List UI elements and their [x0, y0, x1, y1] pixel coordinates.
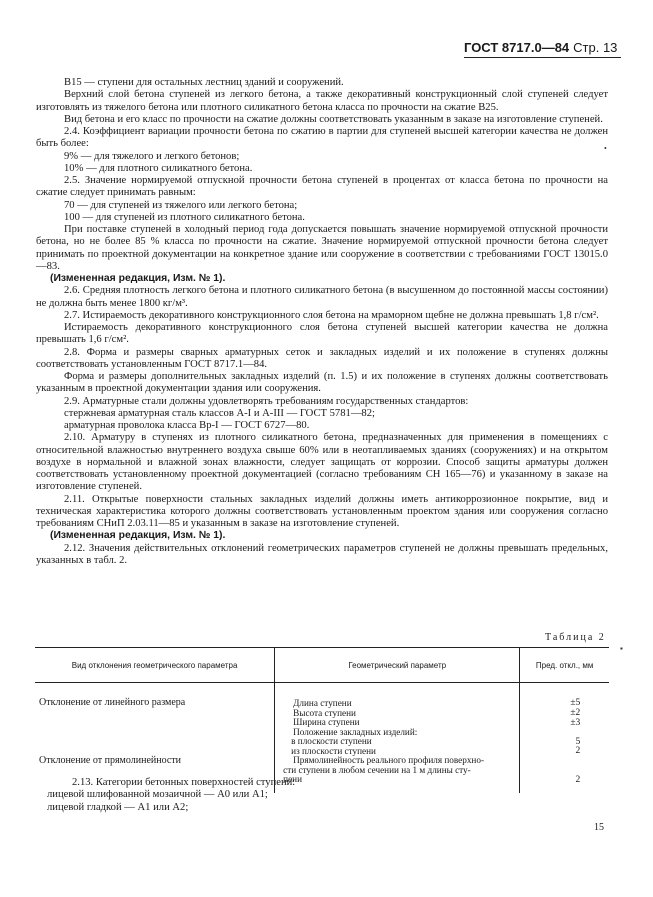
header-deviation-kind: Вид отклонения геометрического параметра: [35, 661, 274, 670]
paragraph: Форма и размеры дополнительных закладных…: [36, 371, 608, 396]
paragraph: 2.12. Значения действительных отклонений…: [36, 543, 608, 568]
paragraph: 2.4. Коэффициент вариации прочности бето…: [36, 126, 608, 151]
header-geometric-parameter-text: Геометрический параметр: [348, 661, 446, 670]
deviation-kind-linear: Отклонение от линейного размера: [39, 697, 185, 708]
document-code: ГОСТ 8717.0—84: [464, 40, 569, 55]
paragraph: (Измененная редакция, Изм. № 1).: [36, 273, 608, 285]
paragraph: 2.11. Открытые поверхности стальных закл…: [36, 494, 608, 531]
tol-out-of-plane: 2: [520, 746, 580, 756]
footer-page-number: 15: [594, 822, 604, 833]
section-2-13-title: 2.13. Категории бетонных поверхностей ст…: [47, 777, 295, 789]
paragraph: 2.6. Средняя плотность легкого бетона и …: [36, 285, 608, 310]
paragraph: В15 — ступени для остальных лестниц здан…: [36, 77, 608, 89]
section-2-13-item-2: лицевой гладкой — А1 или А2;: [47, 802, 295, 814]
paragraph: стержневая арматурная сталь классов А-I …: [36, 408, 608, 420]
page-number: Стр. 13: [573, 40, 617, 55]
header-geometric-parameter: Геометрический параметр: [274, 648, 519, 682]
paragraph: 2.7. Истираемость декоративного конструк…: [36, 310, 608, 322]
param-straightness-3: пени: [279, 775, 508, 785]
paragraph: При поставке ступеней в холодный период …: [36, 224, 608, 273]
paragraph: Вид бетона и его класс по прочности на с…: [36, 114, 608, 126]
tolerance-table: Вид отклонения геометрического параметра…: [35, 647, 609, 793]
header-tolerance: Пред. откл., мм: [519, 648, 609, 682]
tol-length: ±5: [520, 698, 580, 708]
paragraph: 9% — для тяжелого и легкого бетонов;: [36, 151, 608, 163]
table-header-row: Вид отклонения геометрического параметра…: [35, 647, 609, 683]
paragraph: (Измененная редакция, Изм. № 1).: [36, 530, 608, 542]
paragraph: Верхний слой бетона ступеней из легкого …: [36, 89, 608, 114]
paragraph: 2.8. Форма и размеры сварных арматурных …: [36, 347, 608, 372]
paragraph: 10% — для плотного силикатного бетона.: [36, 163, 608, 175]
paragraph: 70 — для ступеней из тяжелого или легког…: [36, 200, 608, 212]
param-straightness-2: сти ступени в любом сечении на 1 м длины…: [279, 766, 508, 776]
page-header: ГОСТ 8717.0—84Стр. 13: [464, 40, 621, 58]
parameter-column: Длина ступени Высота ступени Ширина ступ…: [274, 683, 519, 793]
scan-speck: ▪: [620, 644, 623, 653]
paragraph: 100 — для ступеней из плотного силикатно…: [36, 212, 608, 224]
tol-straightness: 2: [520, 775, 580, 785]
paragraph: 2.10. Арматуру в ступенях из плотного си…: [36, 432, 608, 493]
tolerance-column: ±5 ±2 ±3 5 2 2: [519, 683, 609, 793]
table-title: Таблица 2: [545, 632, 606, 643]
section-2-13-item-1: лицевой шлифованной мозаичной — А0 или А…: [47, 789, 295, 801]
section-2-13: 2.13. Категории бетонных поверхностей ст…: [47, 777, 295, 814]
paragraph: 2.9. Арматурные стали должны удовлетворя…: [36, 396, 608, 408]
paragraph: Истираемость декоративного конструкционн…: [36, 322, 608, 347]
scan-speck: •: [604, 144, 607, 153]
deviation-kind-straightness: Отклонение от прямолинейности: [39, 755, 181, 766]
paragraph: арматурная проволока класса Вр-I — ГОСТ …: [36, 420, 608, 432]
tol-width: ±3: [520, 718, 580, 728]
tol-height: ±2: [520, 708, 580, 718]
header-tolerance-text: Пред. откл., мм: [536, 661, 593, 670]
paragraph: 2.5. Значение нормируемой отпускной проч…: [36, 175, 608, 200]
body-text: В15 — ступени для остальных лестниц здан…: [36, 77, 608, 567]
